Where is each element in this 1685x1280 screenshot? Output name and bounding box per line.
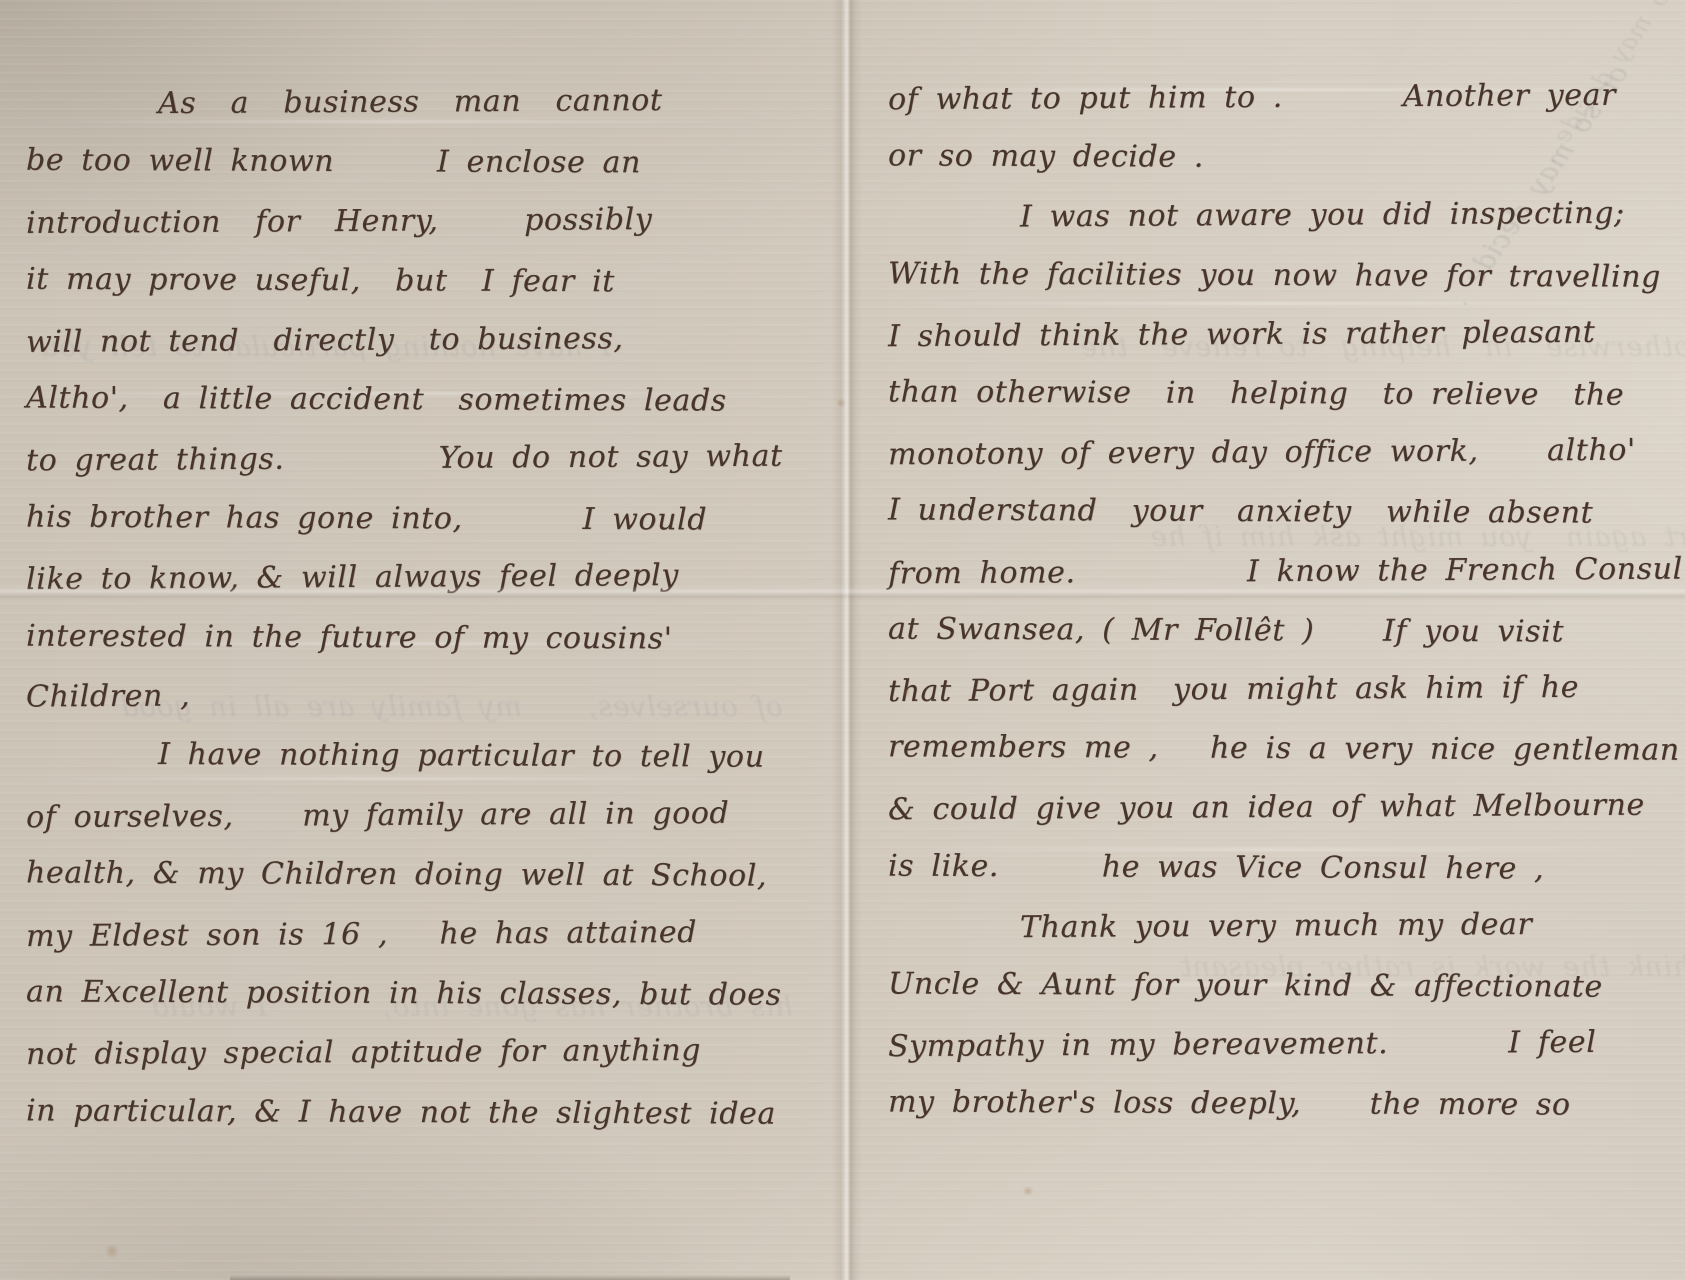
handwriting-line: of ourselves, my family are all in good [26, 796, 730, 835]
handwriting-line: Children , [26, 678, 190, 714]
handwriting-line: With the facilities you now have for tra… [888, 256, 1661, 294]
letter-page-right: of what to put him to . Another yearor s… [888, 76, 1678, 1246]
handwriting-line: As a business man cannot [26, 83, 663, 122]
handwriting-line: I understand your anxiety while absent [888, 493, 1593, 531]
handwriting-line: it may prove useful, but I fear it [26, 262, 615, 300]
handwriting-line: introduction for Henry, possibly [26, 202, 653, 241]
handwriting-line: I should think the work is rather pleasa… [888, 315, 1596, 354]
handwriting-line: will not tend directly to business, [26, 321, 624, 360]
handwriting-line: is like. he was Vice Consul here , [888, 848, 1544, 886]
handwriting-line: Uncle & Aunt for your kind & affectionat… [888, 966, 1603, 1004]
handwriting-line: an Excellent position in his classes, bu… [26, 974, 782, 1012]
handwriting-line: monotony of every day office work, altho… [888, 433, 1636, 473]
handwriting-line: his brother has gone into, I would [26, 499, 707, 537]
handwriting-line: remembers me , he is a very nice gentlem… [888, 729, 1680, 767]
center-fold-crease [832, 0, 862, 1280]
letter-page-left: As a business man cannotbe too well know… [26, 79, 778, 1239]
handwriting-line: at Swansea, ( Mr Follêt ) If you visit [888, 611, 1564, 649]
handwriting-line: not display special aptitude for anythin… [26, 1033, 701, 1072]
handwriting-line: my Eldest son is 16 , he has attained [26, 915, 697, 954]
foxing-spot [104, 1244, 120, 1258]
paper-bottom-edge-shadow [230, 1275, 790, 1280]
handwriting-line: I was not aware you did inspecting; [888, 196, 1625, 235]
handwriting-line: that Port again you might ask him if he [888, 670, 1579, 709]
handwriting-line: & could give you an idea of what Melbour… [888, 788, 1645, 828]
handwriting-line: or so may decide . [888, 138, 1204, 174]
handwriting-line: in particular, & I have not the slightes… [26, 1093, 776, 1131]
handwriting-line: be too well known I enclose an [26, 143, 641, 181]
handwriting-line: health, & my Children doing well at Scho… [26, 856, 767, 894]
handwriting-line: my brother's loss deeply, the more so [888, 1085, 1571, 1123]
handwriting-line: than otherwise in helping to relieve the [888, 374, 1624, 412]
handwriting-line: to great things. You do not say what [26, 439, 783, 479]
handwriting-line: from home. I know the French Consul [888, 551, 1683, 591]
handwriting-line: I have nothing particular to tell you [26, 737, 765, 775]
handwriting-line: Thank you very much my dear [888, 907, 1533, 946]
handwriting-line: Sympathy in my bereavement. I feel [888, 1025, 1597, 1064]
letter-sheet: or so may decide .or so may decide .I ha… [0, 0, 1685, 1280]
handwriting-line: interested in the future of my cousins' [26, 618, 673, 656]
handwriting-line: like to know, & will always feel deeply [26, 558, 679, 597]
foxing-spot [836, 398, 846, 408]
handwriting-line: of what to put him to . Another year [888, 78, 1616, 117]
handwriting-line: Altho', a little accident sometimes lead… [26, 380, 727, 418]
